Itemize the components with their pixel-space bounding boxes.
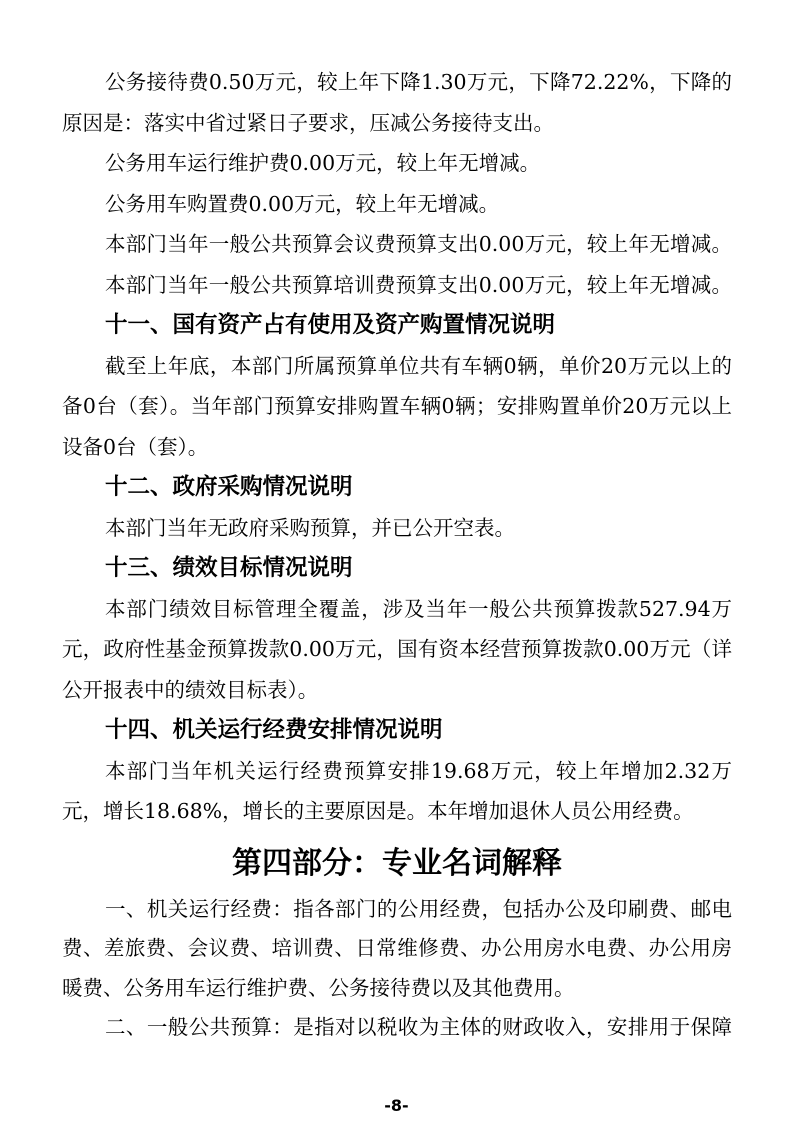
text-line: 元，增长18.68%，增长的主要原因是。本年增加退休人员公用经费。 (62, 791, 732, 832)
text-line: 元，政府性基金预算拨款0.00万元，国有资本经营预算拨款0.00万元（详见 (62, 629, 732, 670)
text-line: 本部门当年一般公共预算培训费预算支出0.00万元，较上年无增减。 (62, 265, 732, 306)
text-line: 设备0台（套）。 (62, 427, 732, 468)
section-heading: 十二、政府采购情况说明 (62, 467, 732, 508)
text-line: 截至上年底，本部门所属预算单位共有车辆0辆，单价20万元以上的设 (62, 346, 732, 387)
text-line: 一、机关运行经费：指各部门的公用经费，包括办公及印刷费、邮电 (62, 890, 732, 930)
document-body: 公务接待费0.50万元，较上年下降1.30万元，下降72.22%，下降的主要 原… (62, 62, 732, 1048)
page-number: -8- (0, 1096, 793, 1116)
section-heading: 十四、机关运行经费安排情况说明 (62, 710, 732, 751)
text-line: 原因是：落实中省过紧日子要求，压减公务接待支出。 (62, 103, 732, 144)
glossary-block: 一、机关运行经费：指各部门的公用经费，包括办公及印刷费、邮电 费、差旅费、会议费… (62, 890, 732, 1048)
text-line: 二、一般公共预算：是指对以税收为主体的财政收入，安排用于保障和 (62, 1008, 732, 1048)
section-heading: 十一、国有资产占有使用及资产购置情况说明 (62, 305, 732, 346)
text-line: 本部门当年一般公共预算会议费预算支出0.00万元，较上年无增减。 (62, 224, 732, 265)
text-line: 公务用车购置费0.00万元，较上年无增减。 (62, 184, 732, 225)
text-line: 公务接待费0.50万元，较上年下降1.30万元，下降72.22%，下降的主要 (62, 62, 732, 103)
text-line: 公开报表中的绩效目标表）。 (62, 670, 732, 711)
part-title: 第四部分：专业名词解释 (62, 838, 732, 890)
text-line: 本部门当年机关运行经费预算安排19.68万元，较上年增加2.32万 (62, 751, 732, 792)
text-line: 公务用车运行维护费0.00万元，较上年无增减。 (62, 143, 732, 184)
text-line: 备0台（套）。当年部门预算安排购置车辆0辆；安排购置单价20万元以上的 (62, 386, 732, 427)
text-line: 本部门绩效目标管理全覆盖，涉及当年一般公共预算拨款527.94万 (62, 589, 732, 630)
section-heading: 十三、绩效目标情况说明 (62, 548, 732, 589)
text-line: 费、差旅费、会议费、培训费、日常维修费、办公用房水电费、办公用房取 (62, 929, 732, 969)
document-page: 公务接待费0.50万元，较上年下降1.30万元，下降72.22%，下降的主要 原… (0, 0, 793, 1122)
text-line: 本部门当年无政府采购预算，并已公开空表。 (62, 508, 732, 549)
text-line: 暖费、公务用车运行维护费、公务接待费以及其他费用。 (62, 969, 732, 1009)
